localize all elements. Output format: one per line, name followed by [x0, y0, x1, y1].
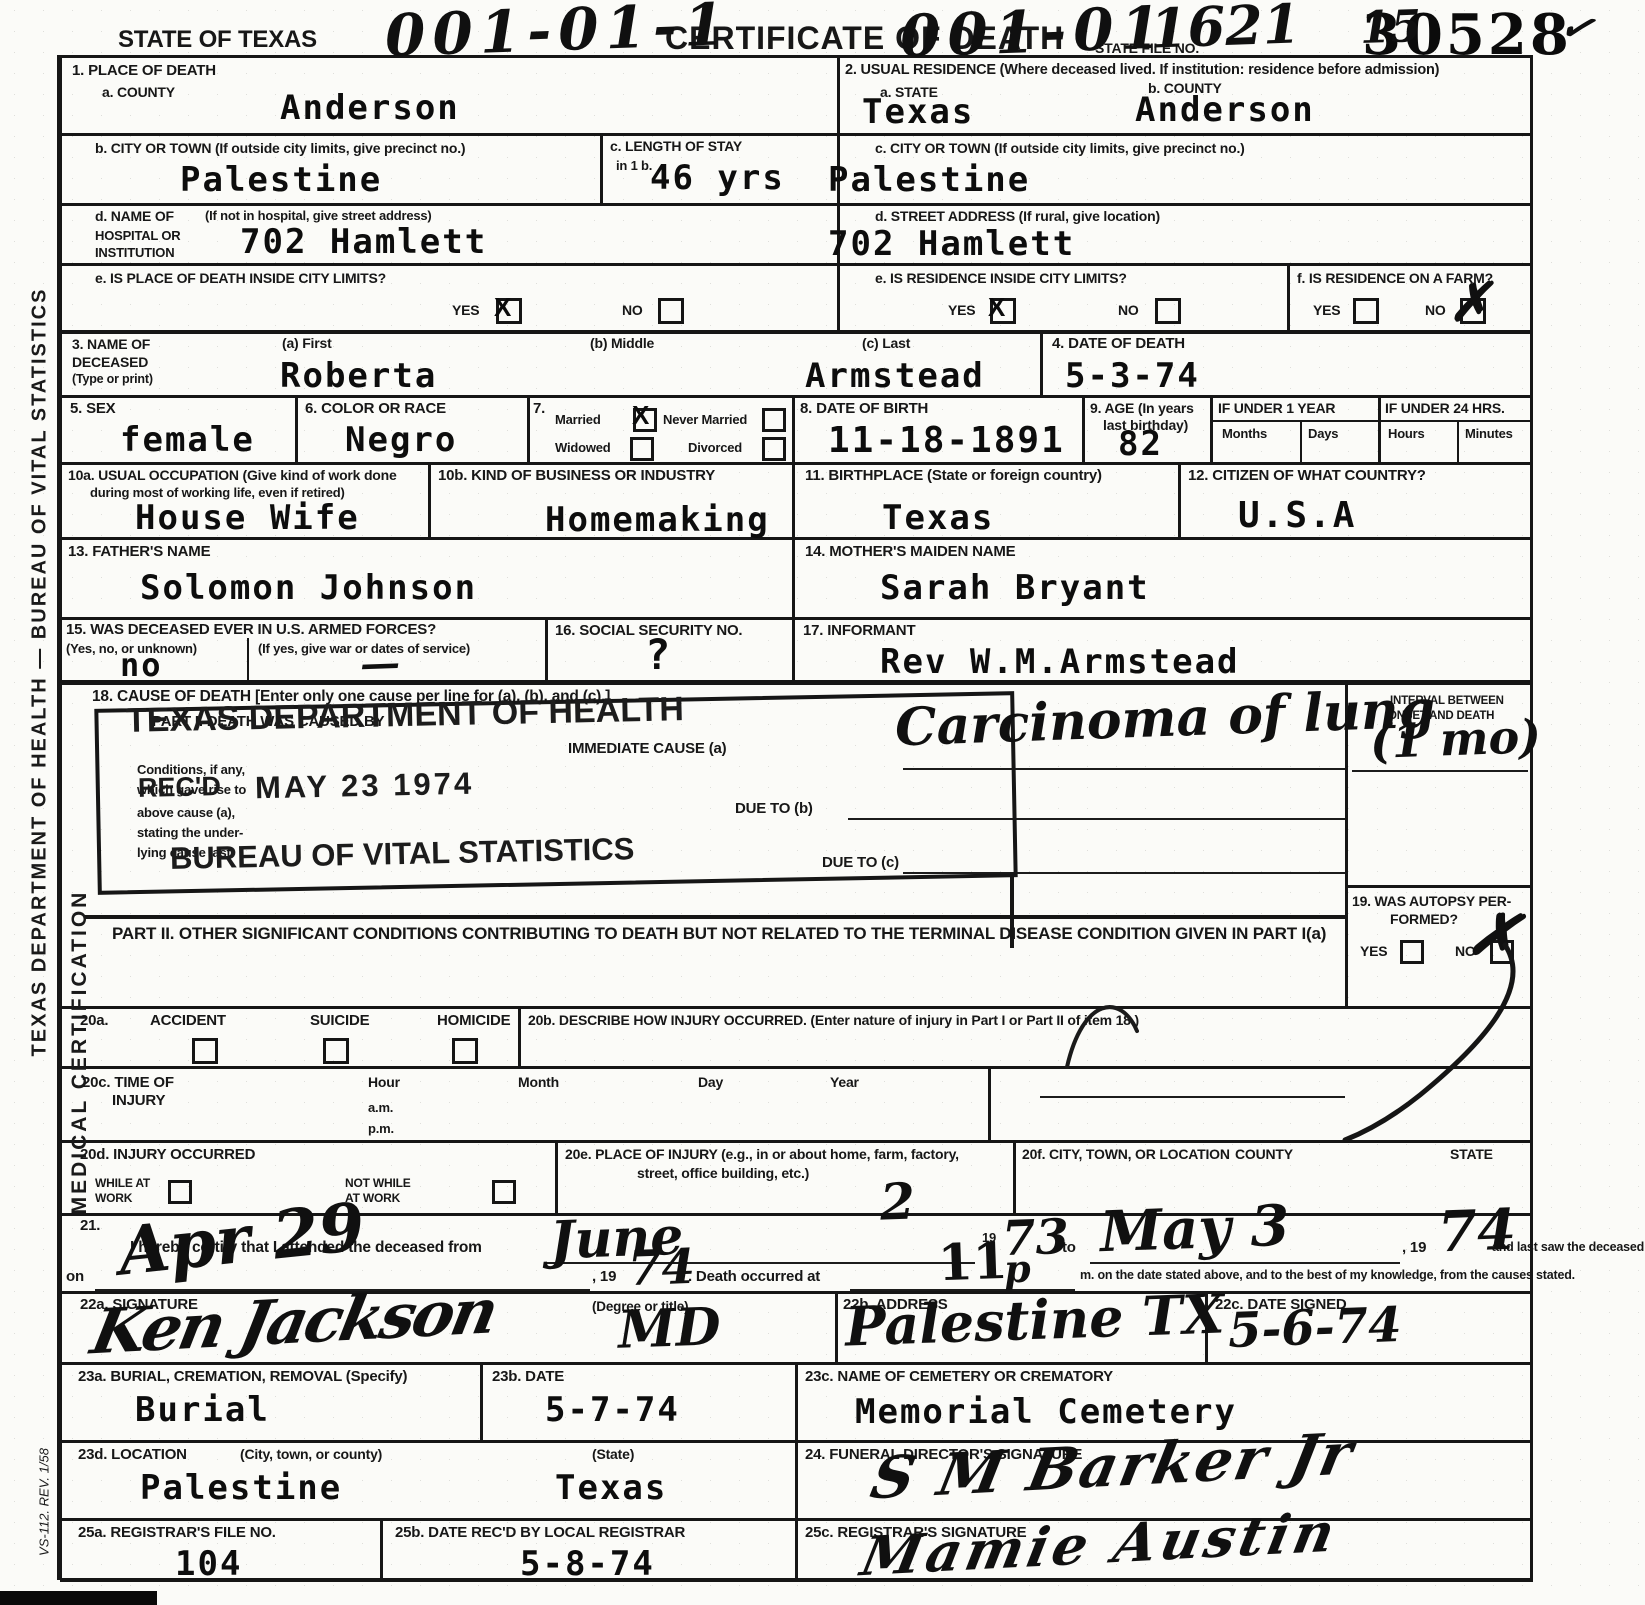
minutes-label: Minutes — [1465, 426, 1513, 441]
rule-line — [1212, 420, 1533, 422]
handwritten-code-right: 001-01 — [899, 0, 1169, 71]
burial-location-label: 23d. LOCATION — [78, 1446, 187, 1463]
place-of-injury-label: 20e. PLACE OF INJURY (e.g., in or about … — [565, 1146, 959, 1162]
part2-label: PART II. OTHER SIGNIFICANT CONDITIONS CO… — [112, 924, 1326, 944]
birthplace-label: 11. BIRTHPLACE (State or foreign country… — [805, 467, 1102, 484]
residence-farm-yes-checkbox — [1353, 298, 1379, 324]
rule-line — [1210, 395, 1213, 462]
residence-city-limits-yes-mark: X — [988, 292, 1005, 323]
rule-line — [1178, 462, 1181, 537]
city-value: Palestine — [180, 160, 382, 200]
handwritten-file-number-2: 15 — [1359, 1, 1422, 54]
residence-farm-yes: YES — [1313, 302, 1340, 318]
registrar-file-no-label: 25a. REGISTRAR'S FILE NO. — [78, 1524, 276, 1541]
bottom-scan-bar — [0, 1591, 157, 1605]
burial-state-value: Texas — [555, 1468, 667, 1508]
vertical-agency-text: TEXAS DEPARTMENT OF HEALTH — BUREAU OF V… — [29, 288, 52, 1057]
length-of-stay-label: c. LENGTH OF STAY — [610, 138, 742, 154]
state-of-texas-label: STATE OF TEXAS — [118, 26, 317, 54]
not-while-at-work-checkbox — [492, 1180, 516, 1204]
rule-line — [545, 617, 548, 683]
hours-label: Hours — [1388, 426, 1425, 441]
stamp-date: MAY 23 1974 — [255, 766, 475, 807]
rule-line — [1530, 55, 1533, 1580]
date-of-birth-label: 8. DATE OF BIRTH — [800, 400, 928, 417]
burial-value: Burial — [135, 1390, 270, 1430]
rule-line — [85, 915, 1347, 919]
time-of-death: 11 — [937, 1231, 1009, 1292]
burial-city-value: Palestine — [140, 1468, 342, 1508]
registrar-file-no-value: 104 — [175, 1544, 242, 1584]
last-seen-date: Apr 29 — [115, 1187, 369, 1290]
residence-farm-no: NO — [1425, 302, 1446, 318]
day-label: Day — [698, 1074, 723, 1090]
homicide-checkbox — [452, 1038, 478, 1064]
age-label: 9. AGE (In years — [1090, 400, 1194, 416]
date-signed-value: 5-6-74 — [1227, 1297, 1402, 1359]
kind-of-business-label: 10b. KIND OF BUSINESS OR INDUSTRY — [438, 467, 715, 484]
place-of-death-label: 1. PLACE OF DEATH — [72, 62, 216, 79]
rule-line — [295, 395, 298, 462]
mothers-maiden-name-label: 14. MOTHER'S MAIDEN NAME — [805, 543, 1015, 560]
street-address-value: 702 Hamlett — [828, 224, 1075, 264]
rule-line — [988, 1066, 991, 1140]
residence-city-limits-no-checkbox — [1155, 298, 1181, 324]
marital-status-label: 7. — [533, 400, 545, 417]
autopsy-mark-flourish — [1300, 930, 1540, 1150]
rule-line — [428, 462, 431, 537]
attended-from-day: 2 — [879, 1171, 916, 1231]
sex-value: female — [120, 420, 255, 460]
rule-line — [795, 1362, 798, 1578]
date-of-birth-value: 11-18-1891 — [828, 420, 1065, 461]
citizen-value: U.S.A — [1238, 495, 1356, 536]
homicide-label: HOMICIDE — [437, 1012, 510, 1029]
rule-line — [1345, 885, 1533, 888]
date-of-death-label: 4. DATE OF DEATH — [1052, 335, 1185, 352]
if-under-1-year-label: IF UNDER 1 YEAR — [1218, 400, 1335, 416]
residence-county-value: Anderson — [1135, 90, 1315, 130]
hospital-value: 702 Hamlett — [240, 222, 487, 262]
date-recd-label: 25b. DATE REC'D BY LOCAL REGISTRAR — [395, 1524, 685, 1541]
residence-city-limits-yes: YES — [948, 302, 975, 318]
if-under-24-hrs-label: IF UNDER 24 HRS. — [1385, 400, 1505, 416]
injury-occurred-label: 20d. INJURY OCCURRED — [80, 1146, 255, 1163]
suicide-checkbox — [323, 1038, 349, 1064]
while-at-work-label-1: WHILE AT — [95, 1176, 150, 1190]
rule-line — [1082, 395, 1085, 462]
hospital-name-paren: (If not in hospital, give street address… — [205, 208, 432, 223]
birthplace-value: Texas — [882, 498, 994, 538]
armed-forces-label: 15. WAS DECEASED EVER IN U.S. ARMED FORC… — [66, 621, 436, 638]
death-city-limits-no: NO — [622, 302, 643, 318]
rule-line — [480, 1362, 483, 1440]
am-label: a.m. — [368, 1100, 393, 1115]
county-label: a. COUNTY — [102, 84, 175, 100]
residence-state-value: Texas — [862, 92, 974, 132]
rule-line — [60, 133, 1533, 136]
death-city-limits-label: e. IS PLACE OF DEATH INSIDE CITY LIMITS? — [95, 270, 386, 286]
certify-item-number: 21. — [80, 1217, 100, 1234]
last-name-label: (c) Last — [862, 335, 910, 351]
cemetery-value: Memorial Cemetery — [855, 1392, 1237, 1432]
attended-to-value: May 3 — [1099, 1193, 1290, 1266]
accident-row-label: 20a. — [80, 1012, 108, 1029]
color-or-race-value: Negro — [345, 420, 457, 460]
sex-label: 5. SEX — [70, 400, 116, 417]
kind-of-business-value: Homemaking — [545, 500, 770, 540]
rule-line — [60, 330, 1533, 334]
accident-label: ACCIDENT — [150, 1012, 226, 1029]
hospital-name-label: d. NAME OF — [95, 208, 174, 224]
name-of-deceased-label: 3. NAME OF — [72, 336, 150, 352]
stray-ink-squiggle — [1055, 985, 1150, 1080]
first-name-value: Roberta — [280, 356, 437, 396]
accident-checkbox — [192, 1038, 218, 1064]
death-certificate-scan: STATE OF TEXAS 001-01-1 001-01 CERTIFICA… — [0, 0, 1645, 1605]
immediate-cause-value: Carcinoma of lung — [894, 679, 1436, 759]
cemetery-label: 23c. NAME OF CEMETERY OR CREMATORY — [805, 1368, 1113, 1385]
city-town-county-sub: (City, town, or county) — [240, 1446, 382, 1462]
rule-line — [247, 638, 249, 683]
rule-line — [60, 263, 1533, 266]
degree-value: MD — [617, 1296, 722, 1361]
rule-line — [1457, 420, 1459, 462]
rule-line — [57, 55, 62, 1580]
residence-city-label: c. CITY OR TOWN (If outside city limits,… — [875, 140, 1245, 156]
death-city-limits-yes: YES — [452, 302, 479, 318]
funeral-director-signature: S M Barker Jr — [866, 1420, 1360, 1513]
widowed-checkbox — [630, 437, 654, 461]
armed-forces-value: no — [120, 646, 163, 684]
last-seen-year: 74 — [627, 1239, 696, 1297]
county-value: Anderson — [280, 88, 460, 128]
certify-tail: m. on the date stated above, and to the … — [1080, 1268, 1575, 1282]
rule-line — [380, 1518, 383, 1578]
rule-line — [60, 617, 1533, 620]
middle-name-label: (b) Middle — [590, 335, 654, 351]
days-label: Days — [1308, 426, 1338, 441]
rule-line — [1040, 330, 1043, 395]
social-security-value: ? — [645, 630, 672, 679]
form-number-text: VS-112. REV. 1/58 — [37, 1448, 52, 1556]
rule-line — [835, 1291, 838, 1362]
armed-forces-dash-mark: — — [359, 639, 395, 687]
street-address-label: d. STREET ADDRESS (If rural, give locati… — [875, 208, 1160, 224]
place-of-injury-label-2: street, office building, etc.) — [637, 1165, 809, 1181]
fathers-name-label: 13. FATHER'S NAME — [68, 543, 210, 560]
mothers-maiden-name-value: Sarah Bryant — [880, 568, 1150, 608]
month-label: Month — [518, 1074, 559, 1090]
length-of-stay-sub: in 1 b. — [616, 158, 652, 173]
stamp-recd: REC'D — [138, 771, 222, 804]
address-value: Palestine TX — [844, 1281, 1225, 1358]
rule-line — [527, 395, 530, 462]
never-married-label: Never Married — [663, 412, 747, 427]
death-occurred-at: . Death occurred at — [688, 1268, 820, 1285]
handwritten-file-number: 1621 — [1149, 0, 1301, 61]
rule-line — [1300, 420, 1302, 462]
rule-line — [600, 133, 603, 203]
residence-city-limits-no: NO — [1118, 302, 1139, 318]
informant-value: Rev W.M.Armstead — [880, 642, 1240, 682]
divorced-checkbox — [762, 437, 786, 461]
comma-19-a: , 19 — [1402, 1239, 1426, 1256]
rule-line — [60, 462, 1533, 465]
residence-farm-no-mark: ✗ — [1447, 271, 1493, 333]
city-or-town-label: b. CITY OR TOWN (If outside city limits,… — [95, 140, 465, 156]
burial-cremation-label: 23a. BURIAL, CREMATION, REMOVAL (Specify… — [78, 1368, 407, 1385]
rule-line — [518, 1006, 521, 1066]
while-at-work-checkbox — [168, 1180, 192, 1204]
death-city-limits-yes-mark: X — [494, 292, 511, 323]
comma-19-b: , 19 — [592, 1268, 616, 1285]
year-label: Year — [830, 1074, 859, 1090]
married-mark: X — [632, 400, 649, 431]
registrar-signature: Mamie Austin — [856, 1500, 1344, 1589]
burial-date-value: 5-7-74 — [545, 1390, 680, 1430]
date-of-death-value: 5-3-74 — [1065, 356, 1200, 396]
vertical-medical-certification-text: MEDICAL CERTIFICATION — [68, 890, 92, 1215]
residence-city-value: Palestine — [828, 160, 1030, 200]
on-word: on — [66, 1268, 84, 1285]
time-of-death-meridiem: p — [1003, 1246, 1031, 1292]
suicide-label: SUICIDE — [310, 1012, 369, 1029]
time-of-injury-label-2: INJURY — [112, 1092, 165, 1109]
hour-label: Hour — [368, 1074, 400, 1090]
describe-injury-label: 20b. DESCRIBE HOW INJURY OCCURRED. (Ente… — [528, 1012, 1139, 1028]
death-city-limits-no-checkbox — [658, 298, 684, 324]
rule-line — [1013, 1140, 1016, 1213]
last-name-value: Armstead — [805, 356, 985, 396]
married-label: Married — [555, 412, 601, 427]
divorced-label: Divorced — [688, 440, 742, 455]
widowed-label: Widowed — [555, 440, 611, 455]
injury-city-label: 20f. CITY, TOWN, OR LOCATION — [1022, 1146, 1230, 1162]
rule-line — [60, 203, 1533, 206]
hospital-or-label: HOSPITAL OR — [95, 228, 180, 243]
deceased-label: DECEASED — [72, 354, 148, 370]
rule-line — [1378, 395, 1381, 462]
residence-city-limits-label: e. IS RESIDENCE INSIDE CITY LIMITS? — [875, 270, 1127, 286]
attended-to-year: 74 — [1437, 1197, 1517, 1266]
rule-line — [555, 1140, 558, 1213]
usual-occupation-label: 10a. USUAL OCCUPATION (Give kind of work… — [68, 467, 397, 483]
interval-value: (1 mo) — [1369, 709, 1542, 769]
color-or-race-label: 6. COLOR OR RACE — [305, 400, 446, 417]
usual-occupation-value: House Wife — [135, 498, 360, 538]
informant-label: 17. INFORMANT — [803, 622, 915, 639]
date-recd-value: 5-8-74 — [520, 1544, 655, 1584]
citizen-label: 12. CITIZEN OF WHAT COUNTRY? — [1188, 467, 1426, 484]
while-at-work-label-2: WORK — [95, 1191, 132, 1205]
fathers-name-value: Solomon Johnson — [140, 568, 477, 608]
rule-line — [60, 1578, 1533, 1582]
rule-line — [792, 395, 795, 683]
autopsy-label-2: FORMED? — [1390, 911, 1458, 927]
time-of-injury-label: 20c. TIME OF — [82, 1074, 174, 1091]
first-name-label: (a) First — [282, 335, 332, 351]
institution-label: INSTITUTION — [95, 245, 174, 260]
state-sub: (State) — [592, 1446, 634, 1462]
rule-line — [1287, 263, 1290, 330]
never-married-checkbox — [762, 408, 786, 432]
length-of-stay-value: 46 yrs — [650, 158, 785, 198]
burial-date-label: 23b. DATE — [492, 1368, 564, 1385]
type-or-print-label: (Type or print) — [72, 372, 153, 386]
handwritten-code-left: 001-01-1 — [384, 0, 732, 70]
months-label: Months — [1222, 426, 1267, 441]
age-value: 82 — [1118, 424, 1163, 464]
injury-county-label: COUNTY — [1235, 1146, 1293, 1162]
rule-line — [1352, 770, 1528, 772]
pm-label: p.m. — [368, 1121, 394, 1136]
